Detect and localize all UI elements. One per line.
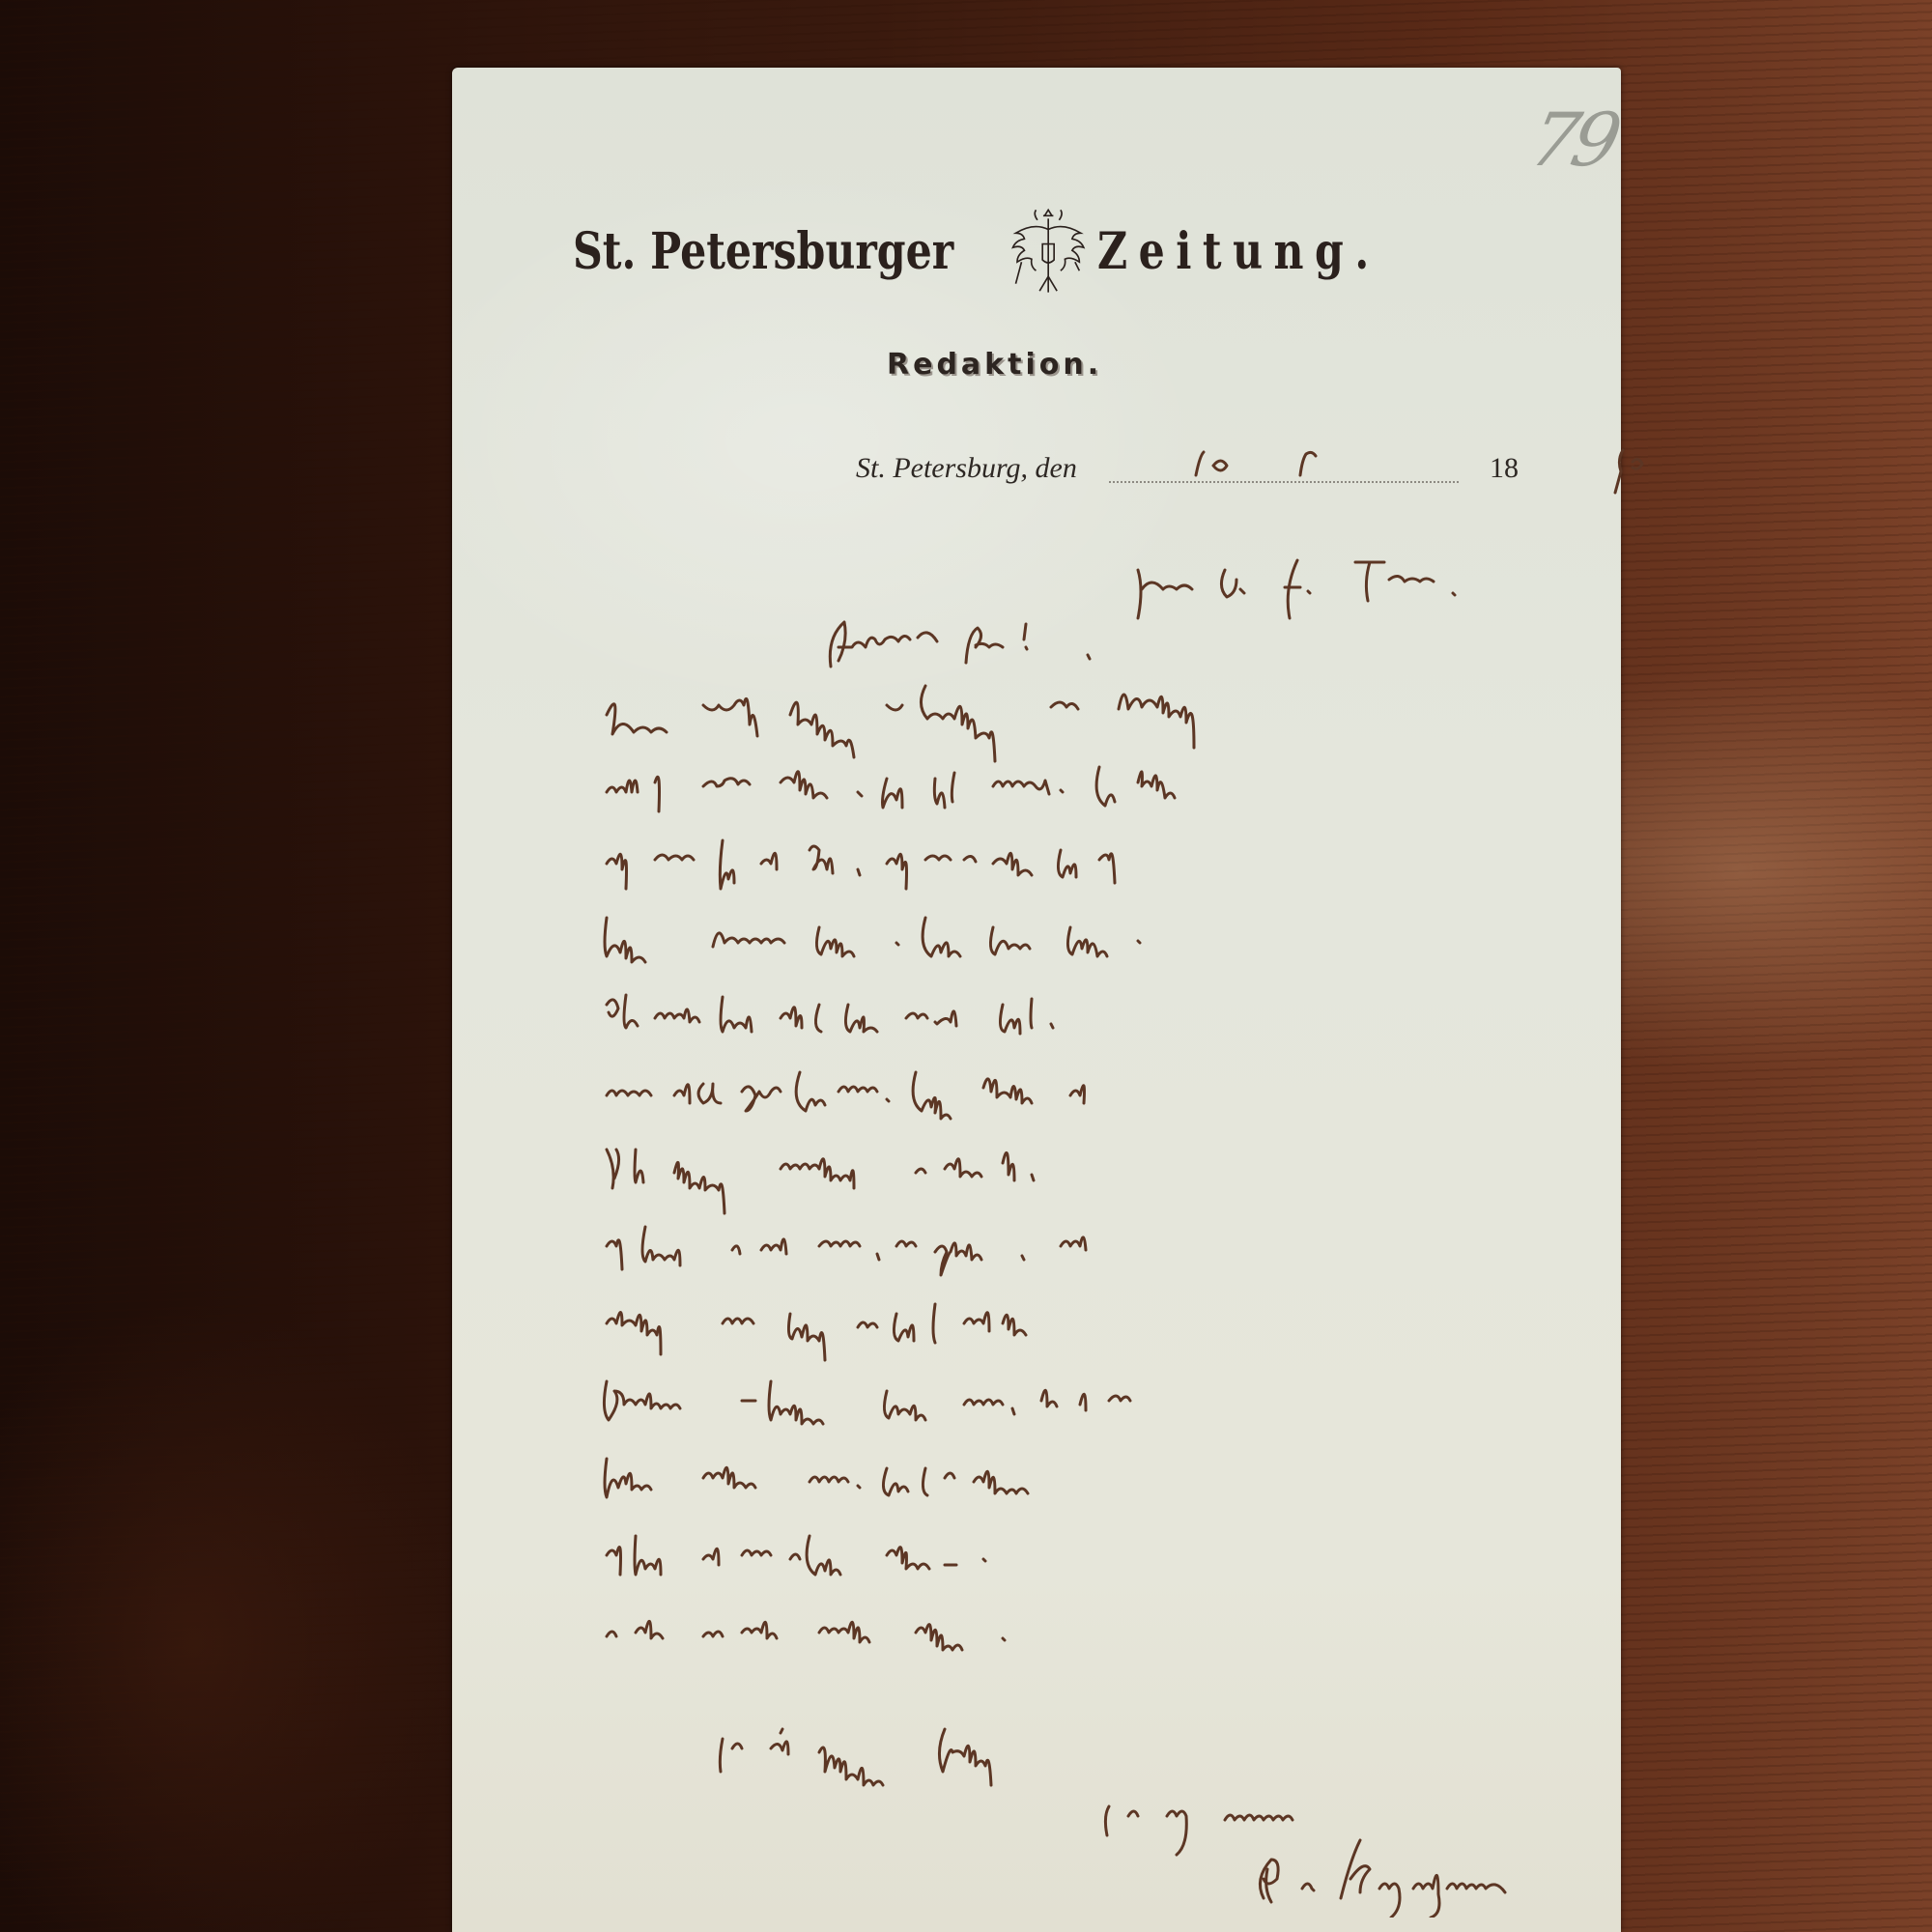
handwritten-date (1186, 437, 1862, 495)
letter-paper: 79 St. Petersburger Zeitung. Redaktion. … (452, 68, 1621, 1932)
handwritten-salutation (821, 609, 1227, 676)
department-heading: Redaktion. (887, 348, 1102, 382)
dateline-place: St. Petersburg, den (856, 452, 1077, 485)
handwritten-signature (1244, 1831, 1573, 1918)
archive-number-pencil: 79 (1523, 97, 1624, 183)
double-headed-eagle-icon (1009, 188, 1088, 314)
masthead-left: St. Petersburger (573, 222, 953, 281)
handwritten-body (597, 676, 1660, 1739)
letterhead-masthead: St. Petersburger Zeitung. (573, 184, 1442, 319)
masthead-right: Zeitung. (1097, 222, 1380, 281)
